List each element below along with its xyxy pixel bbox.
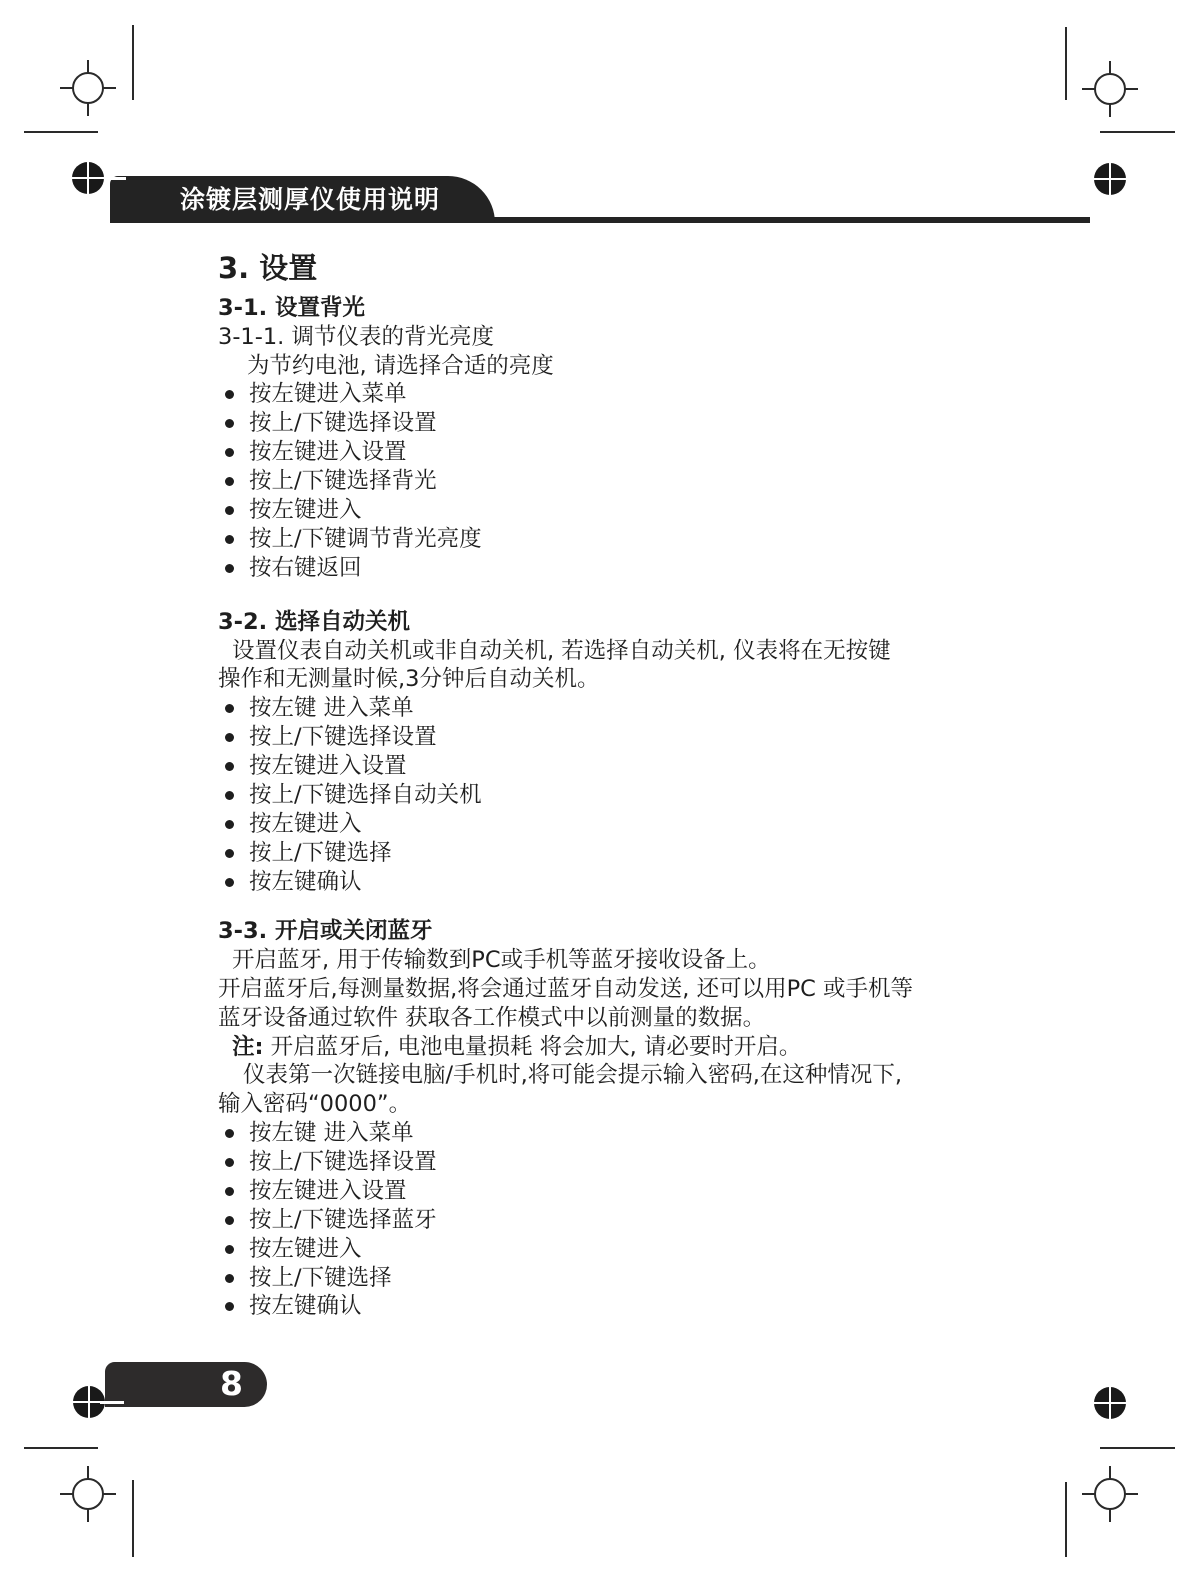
steps-list-3-2: 按左键 进入菜单 按上/下键选择设置 按左键进入设置 按上/下键选择自动关机 按… [218,694,1018,896]
step-item: 按上/下键选择蓝牙 [218,1206,1018,1235]
step-item: 按上/下键选择背光 [218,467,1018,496]
registration-target-icon [1082,1466,1138,1522]
registration-dot-icon [1094,1387,1126,1419]
step-item: 按左键进入设置 [218,752,1018,781]
crop-mark-horizontal-top-right [1100,131,1175,133]
body-line: 蓝牙设备通过软件 获取各工作模式中以前测量的数据。 [218,1004,1018,1033]
body-line: 开启蓝牙后,每测量数据,将会通过蓝牙自动发送, 还可以用PC 或手机等 [218,975,1018,1004]
step-item: 按左键进入设置 [218,1177,1018,1206]
step-item: 按左键进入 [218,496,1018,525]
section-heading: 3. 设置 [218,250,1018,286]
crop-mark-vertical-bottom-left [132,1480,134,1557]
step-item: 按右键返回 [218,554,1018,583]
document-title: 涂镀层测厚仪使用说明 [180,176,440,223]
crop-mark-horizontal-top-left [24,131,98,133]
header-tab-notch [104,177,126,180]
registration-dot-icon [72,162,104,194]
page-number: 8 [220,1362,243,1407]
steps-list-3-3: 按左键 进入菜单 按上/下键选择设置 按左键进入设置 按上/下键选择蓝牙 按左键… [218,1119,1018,1321]
step-item: 按左键进入 [218,810,1018,839]
step-item: 按左键确认 [218,868,1018,897]
step-item: 按上/下键选择设置 [218,409,1018,438]
body-line: 设置仪表自动关机或非自动关机, 若选择自动关机, 仪表将在无按键 [218,637,1018,666]
step-item: 按左键进入设置 [218,438,1018,467]
step-item: 按上/下键选择自动关机 [218,781,1018,810]
steps-list-3-1: 按左键进入菜单 按上/下键选择设置 按左键进入设置 按上/下键选择背光 按左键进… [218,380,1018,582]
subsection-subtitle: 3-1-1. 调节仪表的背光亮度 [218,323,1018,352]
body-line: 开启蓝牙, 用于传输数到PC或手机等蓝牙接收设备上。 [218,946,1018,975]
registration-dot-icon [1094,163,1126,195]
step-item: 按左键确认 [218,1292,1018,1321]
step-item: 按上/下键调节背光亮度 [218,525,1018,554]
page-content: 3. 设置 3-1. 设置背光 3-1-1. 调节仪表的背光亮度 为节约电池, … [218,250,1018,1321]
crop-mark-vertical-top-right [1065,27,1067,100]
step-item: 按上/下键选择 [218,839,1018,868]
crop-mark-vertical-top-left [132,25,134,100]
step-item: 按上/下键选择设置 [218,1148,1018,1177]
body-line: 操作和无测量时候,3分钟后自动关机。 [218,665,1018,694]
body-line: 仪表第一次链接电脑/手机时,将可能会提示输入密码,在这种情况下, [218,1061,1018,1090]
subsection-heading-3-2: 3-2. 选择自动关机 [218,608,1018,637]
subsection-heading-3-3: 3-3. 开启或关闭蓝牙 [218,917,1018,946]
tip-line: 为节约电池, 请选择合适的亮度 [218,352,1018,381]
step-item: 按上/下键选择设置 [218,723,1018,752]
step-item: 按左键进入 [218,1235,1018,1264]
note-label: 注: [232,1034,264,1060]
body-line: 输入密码“0000”。 [218,1090,1018,1119]
step-item: 按左键 进入菜单 [218,694,1018,723]
subsection-heading-3-1: 3-1. 设置背光 [218,294,1018,323]
footer-tab-notch [100,1401,124,1404]
note-line: 注: 开启蓝牙后, 电池电量损耗 将会加大, 请必要时开启。 [218,1033,1018,1062]
header-rule [480,217,1090,223]
registration-target-icon [1082,61,1138,117]
step-item: 按上/下键选择 [218,1264,1018,1293]
crop-mark-horizontal-bottom-right [1100,1447,1175,1449]
header-tab: 涂镀层测厚仪使用说明 [110,176,495,223]
crop-mark-vertical-bottom-right [1065,1482,1067,1557]
crop-mark-horizontal-bottom-left [24,1447,98,1449]
step-item: 按左键 进入菜单 [218,1119,1018,1148]
page-number-tab: 8 [105,1362,267,1407]
manual-page: 涂镀层测厚仪使用说明 3. 设置 3-1. 设置背光 3-1-1. 调节仪表的背… [0,0,1200,1582]
step-item: 按左键进入菜单 [218,380,1018,409]
registration-target-icon [60,1466,116,1522]
registration-target-icon [60,60,116,116]
note-text: 开启蓝牙后, 电池电量损耗 将会加大, 请必要时开启。 [264,1034,802,1060]
